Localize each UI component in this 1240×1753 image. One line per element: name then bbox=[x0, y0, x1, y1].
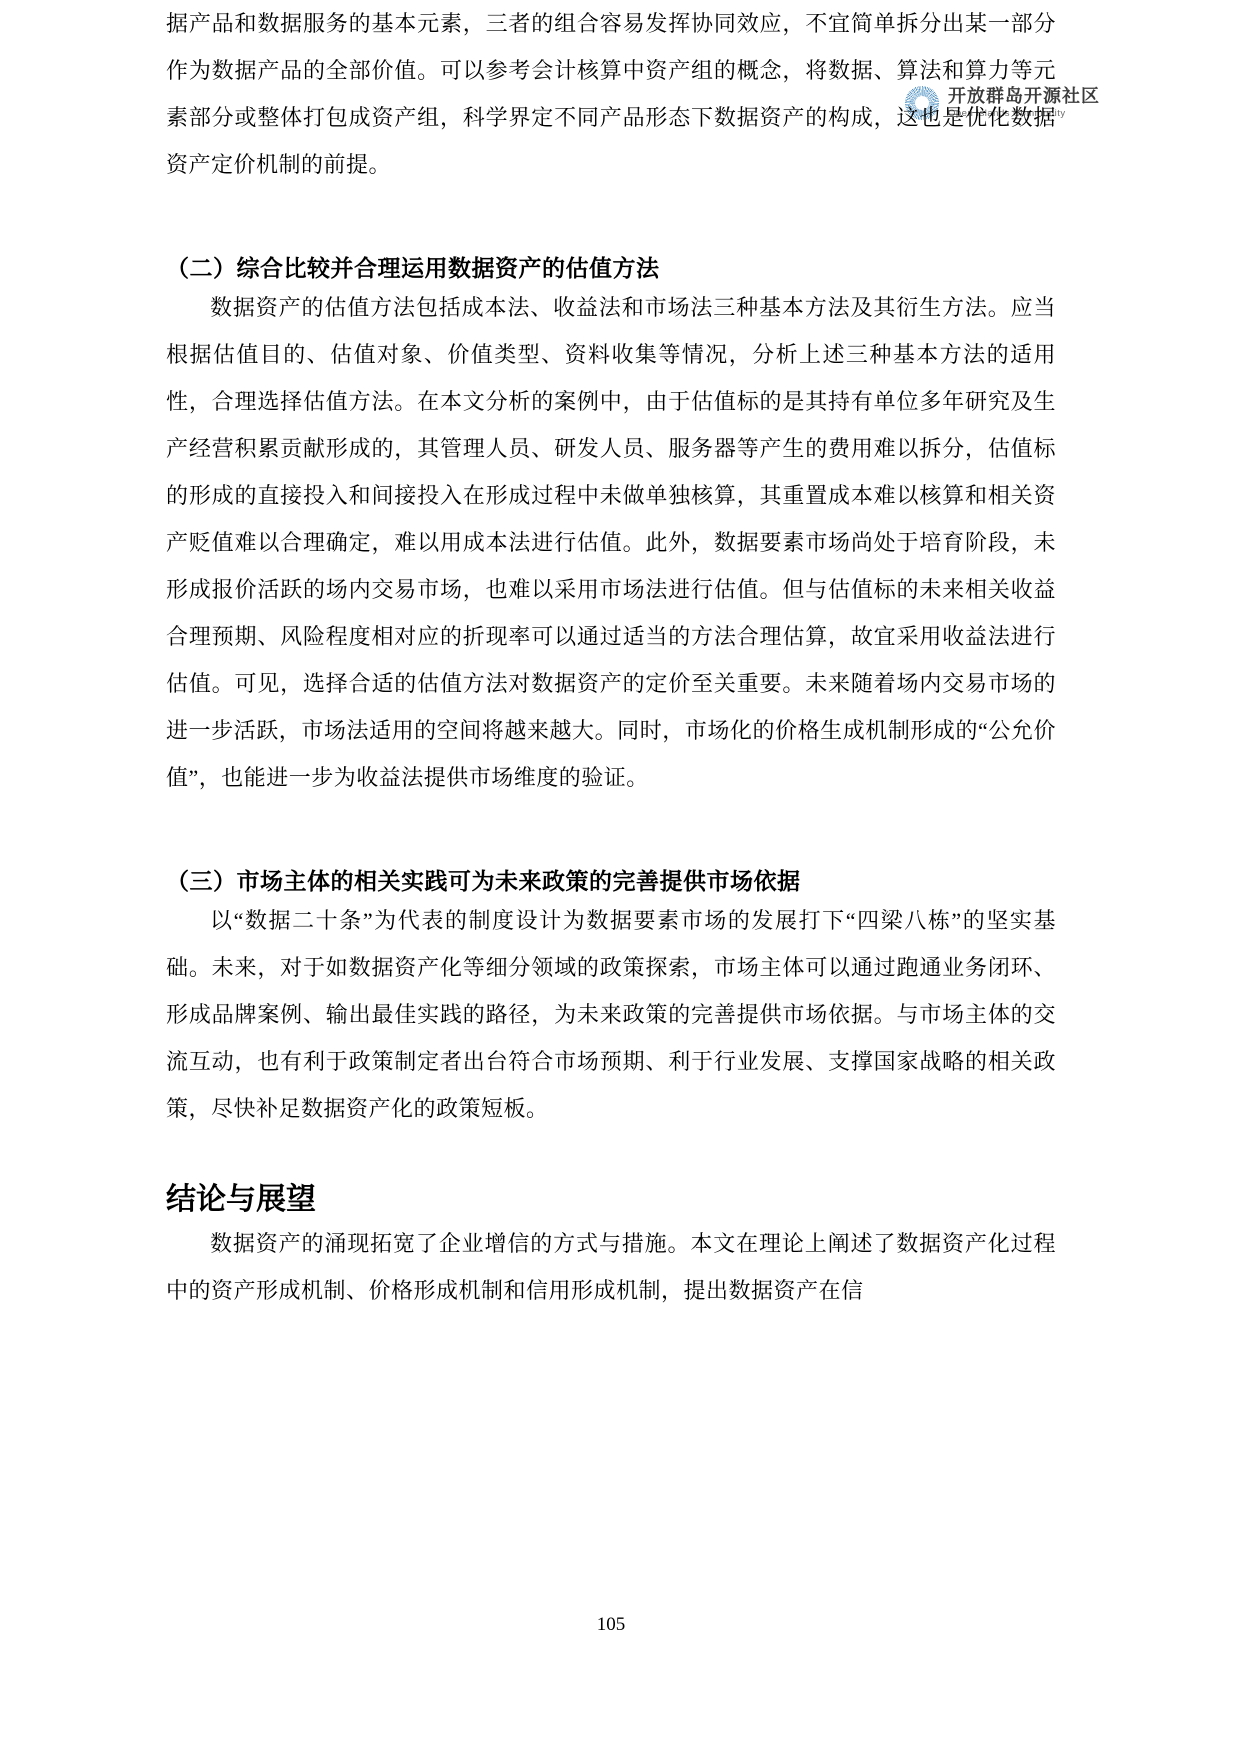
conclusion-heading: 结论与展望 bbox=[166, 1180, 1056, 1220]
document-content: 据产品和数据服务的基本元素，三者的组合容易发挥协同效应，不宜简单拆分出某一部分作… bbox=[166, 0, 1056, 1314]
section-heading-2: （二）综合比较并合理运用数据资产的估值方法 bbox=[166, 252, 1056, 284]
document-page: 开放群岛开源社区 Open Islands Community 据产品和数据服务… bbox=[0, 0, 1240, 1753]
paragraph-section-3: 以“数据二十条”为代表的制度设计为数据要素市场的发展打下“四梁八栋”的坚实基础。… bbox=[166, 897, 1056, 1132]
page-number: 105 bbox=[166, 1612, 1056, 1638]
paragraph-continuation: 据产品和数据服务的基本元素，三者的组合容易发挥协同效应，不宜简单拆分出某一部分作… bbox=[166, 0, 1056, 188]
paragraph-section-2: 数据资产的估值方法包括成本法、收益法和市场法三种基本方法及其衍生方法。应当根据估… bbox=[166, 284, 1056, 801]
section-heading-3: （三）市场主体的相关实践可为未来政策的完善提供市场依据 bbox=[166, 865, 1056, 897]
paragraph-conclusion: 数据资产的涌现拓宽了企业增信的方式与措施。本文在理论上阐述了数据资产化过程中的资… bbox=[166, 1220, 1056, 1314]
